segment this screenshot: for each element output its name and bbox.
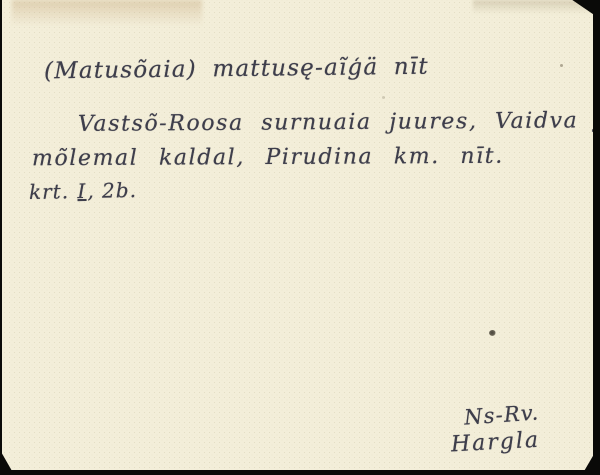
reference-suffix: , 2b. (87, 178, 137, 203)
handwritten-body-line-1: Vastsõ-Roosa surnuaia juures, Vaidva j: (78, 108, 600, 137)
handwritten-body-line-2: mõlemal kaldal, Pirudina km. nīt. (32, 144, 504, 171)
ink-speck (489, 330, 496, 336)
paper-smudge (12, 0, 202, 26)
paper-speck (560, 64, 563, 67)
reference-prefix: krt. (29, 179, 77, 204)
paper-speck (382, 96, 385, 99)
reference-line: krt. I, 2b. (29, 178, 137, 204)
signature-abbreviation: Ns-Rv. (463, 400, 540, 429)
signature-parish: Hargla (450, 428, 540, 458)
handwritten-heading: (Matusõaia) mattusę-aĩģä nīt (44, 54, 429, 85)
paper-edge-shade (473, 0, 593, 14)
scan-background: (Matusõaia) mattusę-aĩģä nīt Vastsõ-Roos… (0, 0, 600, 475)
index-card: (Matusõaia) mattusę-aĩģä nīt Vastsõ-Roos… (2, 0, 593, 470)
reference-volume-numeral: I (76, 179, 87, 203)
